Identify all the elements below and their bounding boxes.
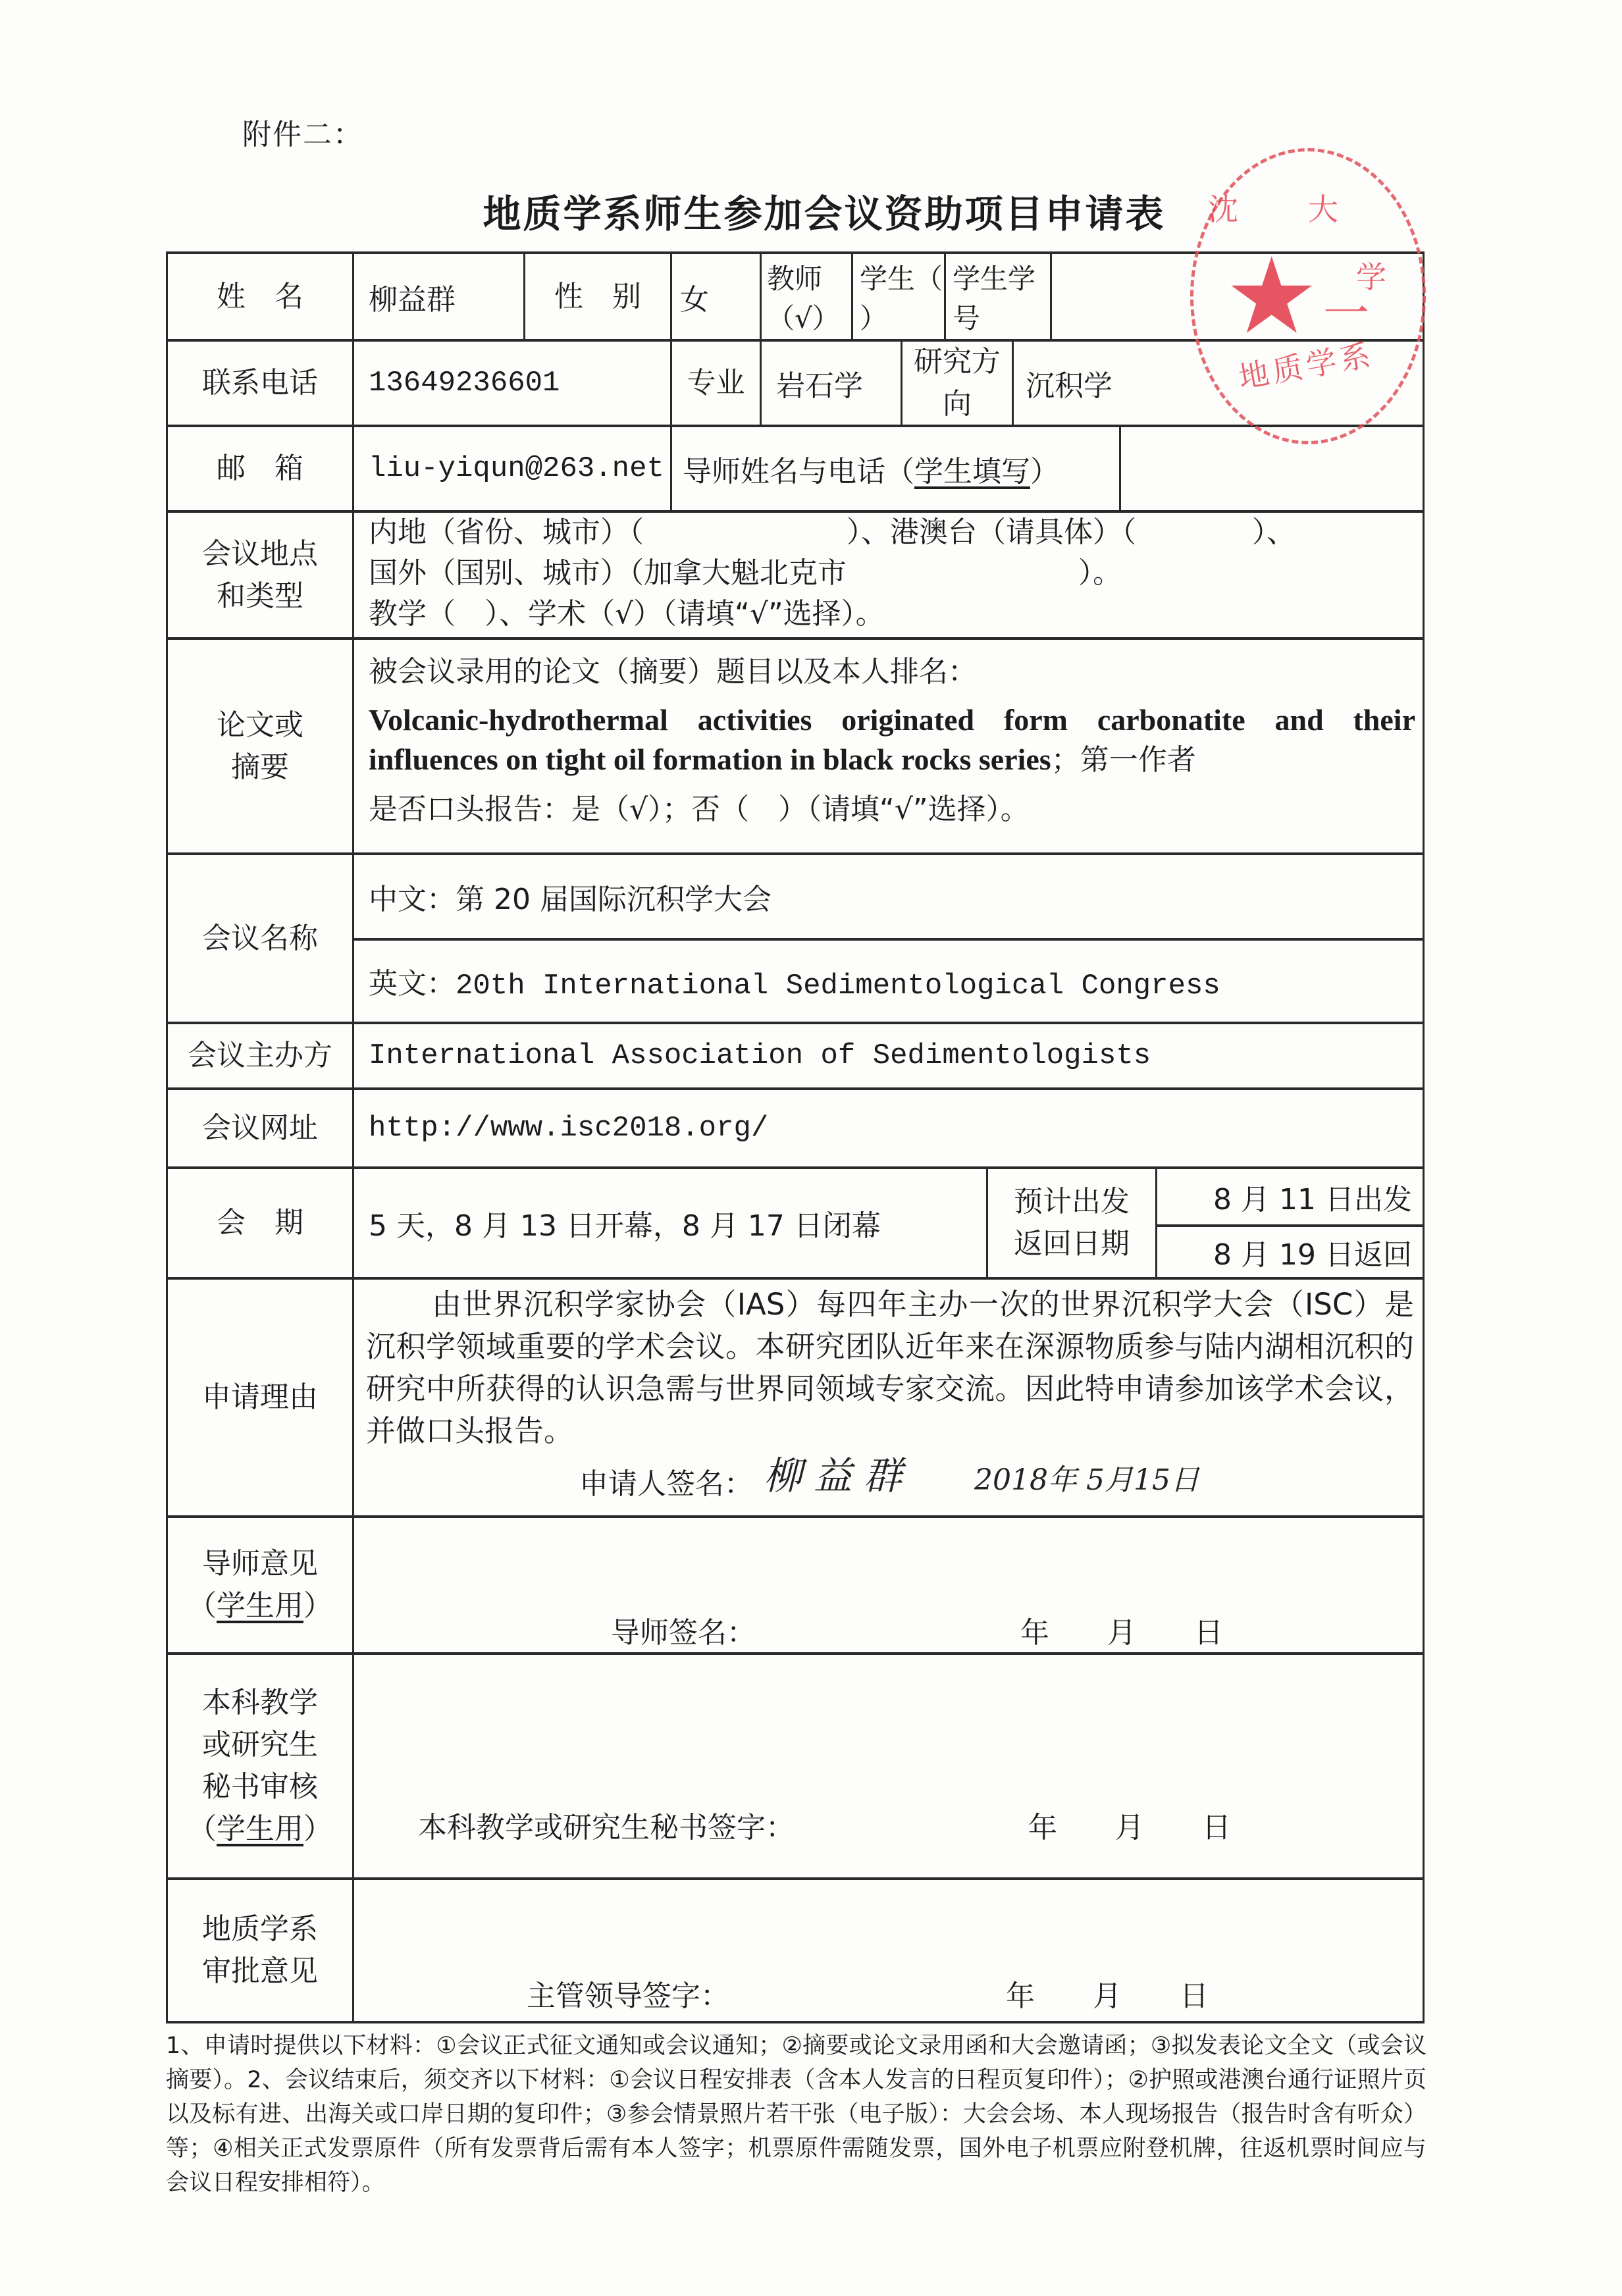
advisor-label-prefix: 导师姓名与电话（ [683, 448, 914, 490]
advisor-label: 导师姓名与电话（学生填写） [672, 427, 1119, 510]
location-abroad-line[interactable]: 国外（国别、城市）（加拿大魁北克市 ）。 [369, 553, 1419, 594]
paper-label-line1: 论文或 [217, 704, 303, 746]
conference-name-en[interactable]: 英文：20th International Sedimentological C… [354, 941, 1423, 1022]
advisor-opinion-label-line2: （学生用） [188, 1585, 332, 1627]
gender-value[interactable]: 女 [672, 254, 760, 339]
applicant-signature-label: 申请人签名： [579, 1460, 753, 1502]
location-label-line2: 和类型 [217, 575, 303, 617]
major-value[interactable]: 岩石学 [762, 342, 901, 425]
conference-name-cn[interactable]: 中文：第 20 届国际沉积学大会 [354, 855, 1423, 938]
secretary-label-line2: 或研究生 [202, 1724, 318, 1766]
phone-label: 联系电话 [168, 342, 352, 425]
department-approval-field[interactable] [354, 1880, 1423, 2021]
location-label-line1: 会议地点 [202, 533, 318, 575]
name-value[interactable]: 柳益群 [354, 254, 523, 339]
paper-field[interactable]: 被会议录用的论文（摘要）题目以及本人排名： Volcanic-hydrother… [369, 650, 1415, 831]
author-rank[interactable]: ；第一作者 [1051, 743, 1196, 777]
seal-top-text: 沈 大 [1208, 186, 1358, 229]
travel-dates-label: 预计出发 返回日期 [988, 1169, 1155, 1277]
travel-label-line1: 预计出发 [1014, 1181, 1130, 1223]
reason-text[interactable]: 由世界沉积学家协会（IAS）每四年主办一次的世界沉积学大会（ISC）是沉积学领域… [366, 1284, 1414, 1452]
organizer-value[interactable]: International Association of Sedimentolo… [354, 1024, 1423, 1087]
secretary-sign-date[interactable]: 年 月 日 [1028, 1804, 1231, 1846]
website-label: 会议网址 [168, 1090, 352, 1166]
advisor-field[interactable] [1121, 427, 1423, 510]
applicant-signature: 柳益群 [764, 1445, 914, 1500]
secretary-label-line3: 秘书审核 [202, 1766, 318, 1808]
student-checkbox[interactable]: 学生（ ） [853, 254, 944, 339]
major-label: 专业 [672, 342, 760, 425]
applicant-sign-date: 2018年 5月15日 [974, 1456, 1199, 1498]
email-value[interactable]: liu-yiqun@263.net [354, 427, 670, 510]
secretary-label-line1: 本科教学 [202, 1682, 318, 1724]
advisor-opinion-field[interactable] [354, 1518, 1423, 1652]
department-label-line1: 地质学系 [202, 1908, 318, 1950]
secretary-label-line4: （学生用） [188, 1808, 332, 1850]
footnote-instructions: 1、申请时提供以下材料：①会议正式征文通知或会议通知；②摘要或论文录用函和大会邀… [166, 2029, 1426, 2200]
period-value[interactable]: 5 天，8 月 13 日开幕，8 月 17 日闭幕 [354, 1169, 986, 1277]
location-label: 会议地点 和类型 [168, 513, 352, 637]
email-label: 邮 箱 [168, 427, 352, 510]
secretary-signature-label: 本科教学或研究生秘书签字： [418, 1804, 795, 1846]
advisor-label-underlined: 学生填写 [914, 448, 1030, 490]
travel-label-line2: 返回日期 [1014, 1223, 1130, 1265]
advisor-sign-date[interactable]: 年 月 日 [1020, 1609, 1223, 1651]
location-domestic-line[interactable]: 内地（省份、城市）（ ）、港澳台（请具体）（ ）、 [369, 512, 1419, 553]
location-field[interactable]: 内地（省份、城市）（ ）、港澳台（请具体）（ ）、 国外（国别、城市）（加拿大魁… [369, 512, 1419, 635]
student-id-label: 学生学号 [946, 254, 1050, 339]
leader-sign-date[interactable]: 年 月 日 [1006, 1972, 1209, 2014]
leader-signature-label: 主管领导签字： [527, 1972, 729, 2014]
paper-title-line2[interactable]: influences on tight oil formation in bla… [369, 743, 1051, 776]
paper-intro: 被会议录用的论文（摘要）题目以及本人排名： [369, 650, 1415, 694]
advisor-opinion-label: 导师意见 （学生用） [168, 1518, 352, 1652]
annex-label: 附件二： [242, 111, 363, 153]
advisor-signature-label: 导师签名： [611, 1609, 756, 1651]
phone-value[interactable]: 13649236601 [354, 342, 670, 425]
return-date[interactable]: 8 月 19 日返回 [1157, 1227, 1423, 1277]
paper-label-line2: 摘要 [231, 746, 289, 789]
secretary-review-label: 本科教学 或研究生 秘书审核 （学生用） [168, 1655, 352, 1877]
period-label: 会 期 [168, 1169, 352, 1277]
advisor-label-suffix: ） [1030, 448, 1059, 490]
gender-label: 性 别 [525, 254, 670, 339]
website-value[interactable]: http://www.isc2018.org/ [354, 1090, 1423, 1166]
teacher-checkbox[interactable]: 教师（√） [762, 254, 851, 339]
departure-date[interactable]: 8 月 11 日出发 [1157, 1169, 1423, 1224]
paper-title-line1[interactable]: Volcanic-hydrothermal activities origina… [369, 700, 1415, 740]
reason-label: 申请理由 [168, 1280, 352, 1515]
oral-report-choice[interactable]: 是否口头报告：是（√）；否（ ）（请填“√”选择）。 [369, 788, 1415, 831]
organizer-label: 会议主办方 [168, 1024, 352, 1087]
department-label-line2: 审批意见 [202, 1950, 318, 1993]
name-label: 姓 名 [168, 254, 352, 339]
seal-star-icon: ★ [1224, 244, 1319, 349]
paper-label: 论文或 摘要 [168, 640, 352, 852]
research-label: 研究方向 [903, 342, 1012, 425]
department-approval-label: 地质学系 审批意见 [168, 1880, 352, 2021]
conference-name-label: 会议名称 [168, 855, 352, 1022]
location-type-line[interactable]: 教学（ ）、学术（√）（请填“√”选择）。 [369, 594, 1419, 635]
paper-title-line2-row: influences on tight oil formation in bla… [369, 740, 1415, 780]
advisor-opinion-label-line1: 导师意见 [202, 1543, 318, 1585]
